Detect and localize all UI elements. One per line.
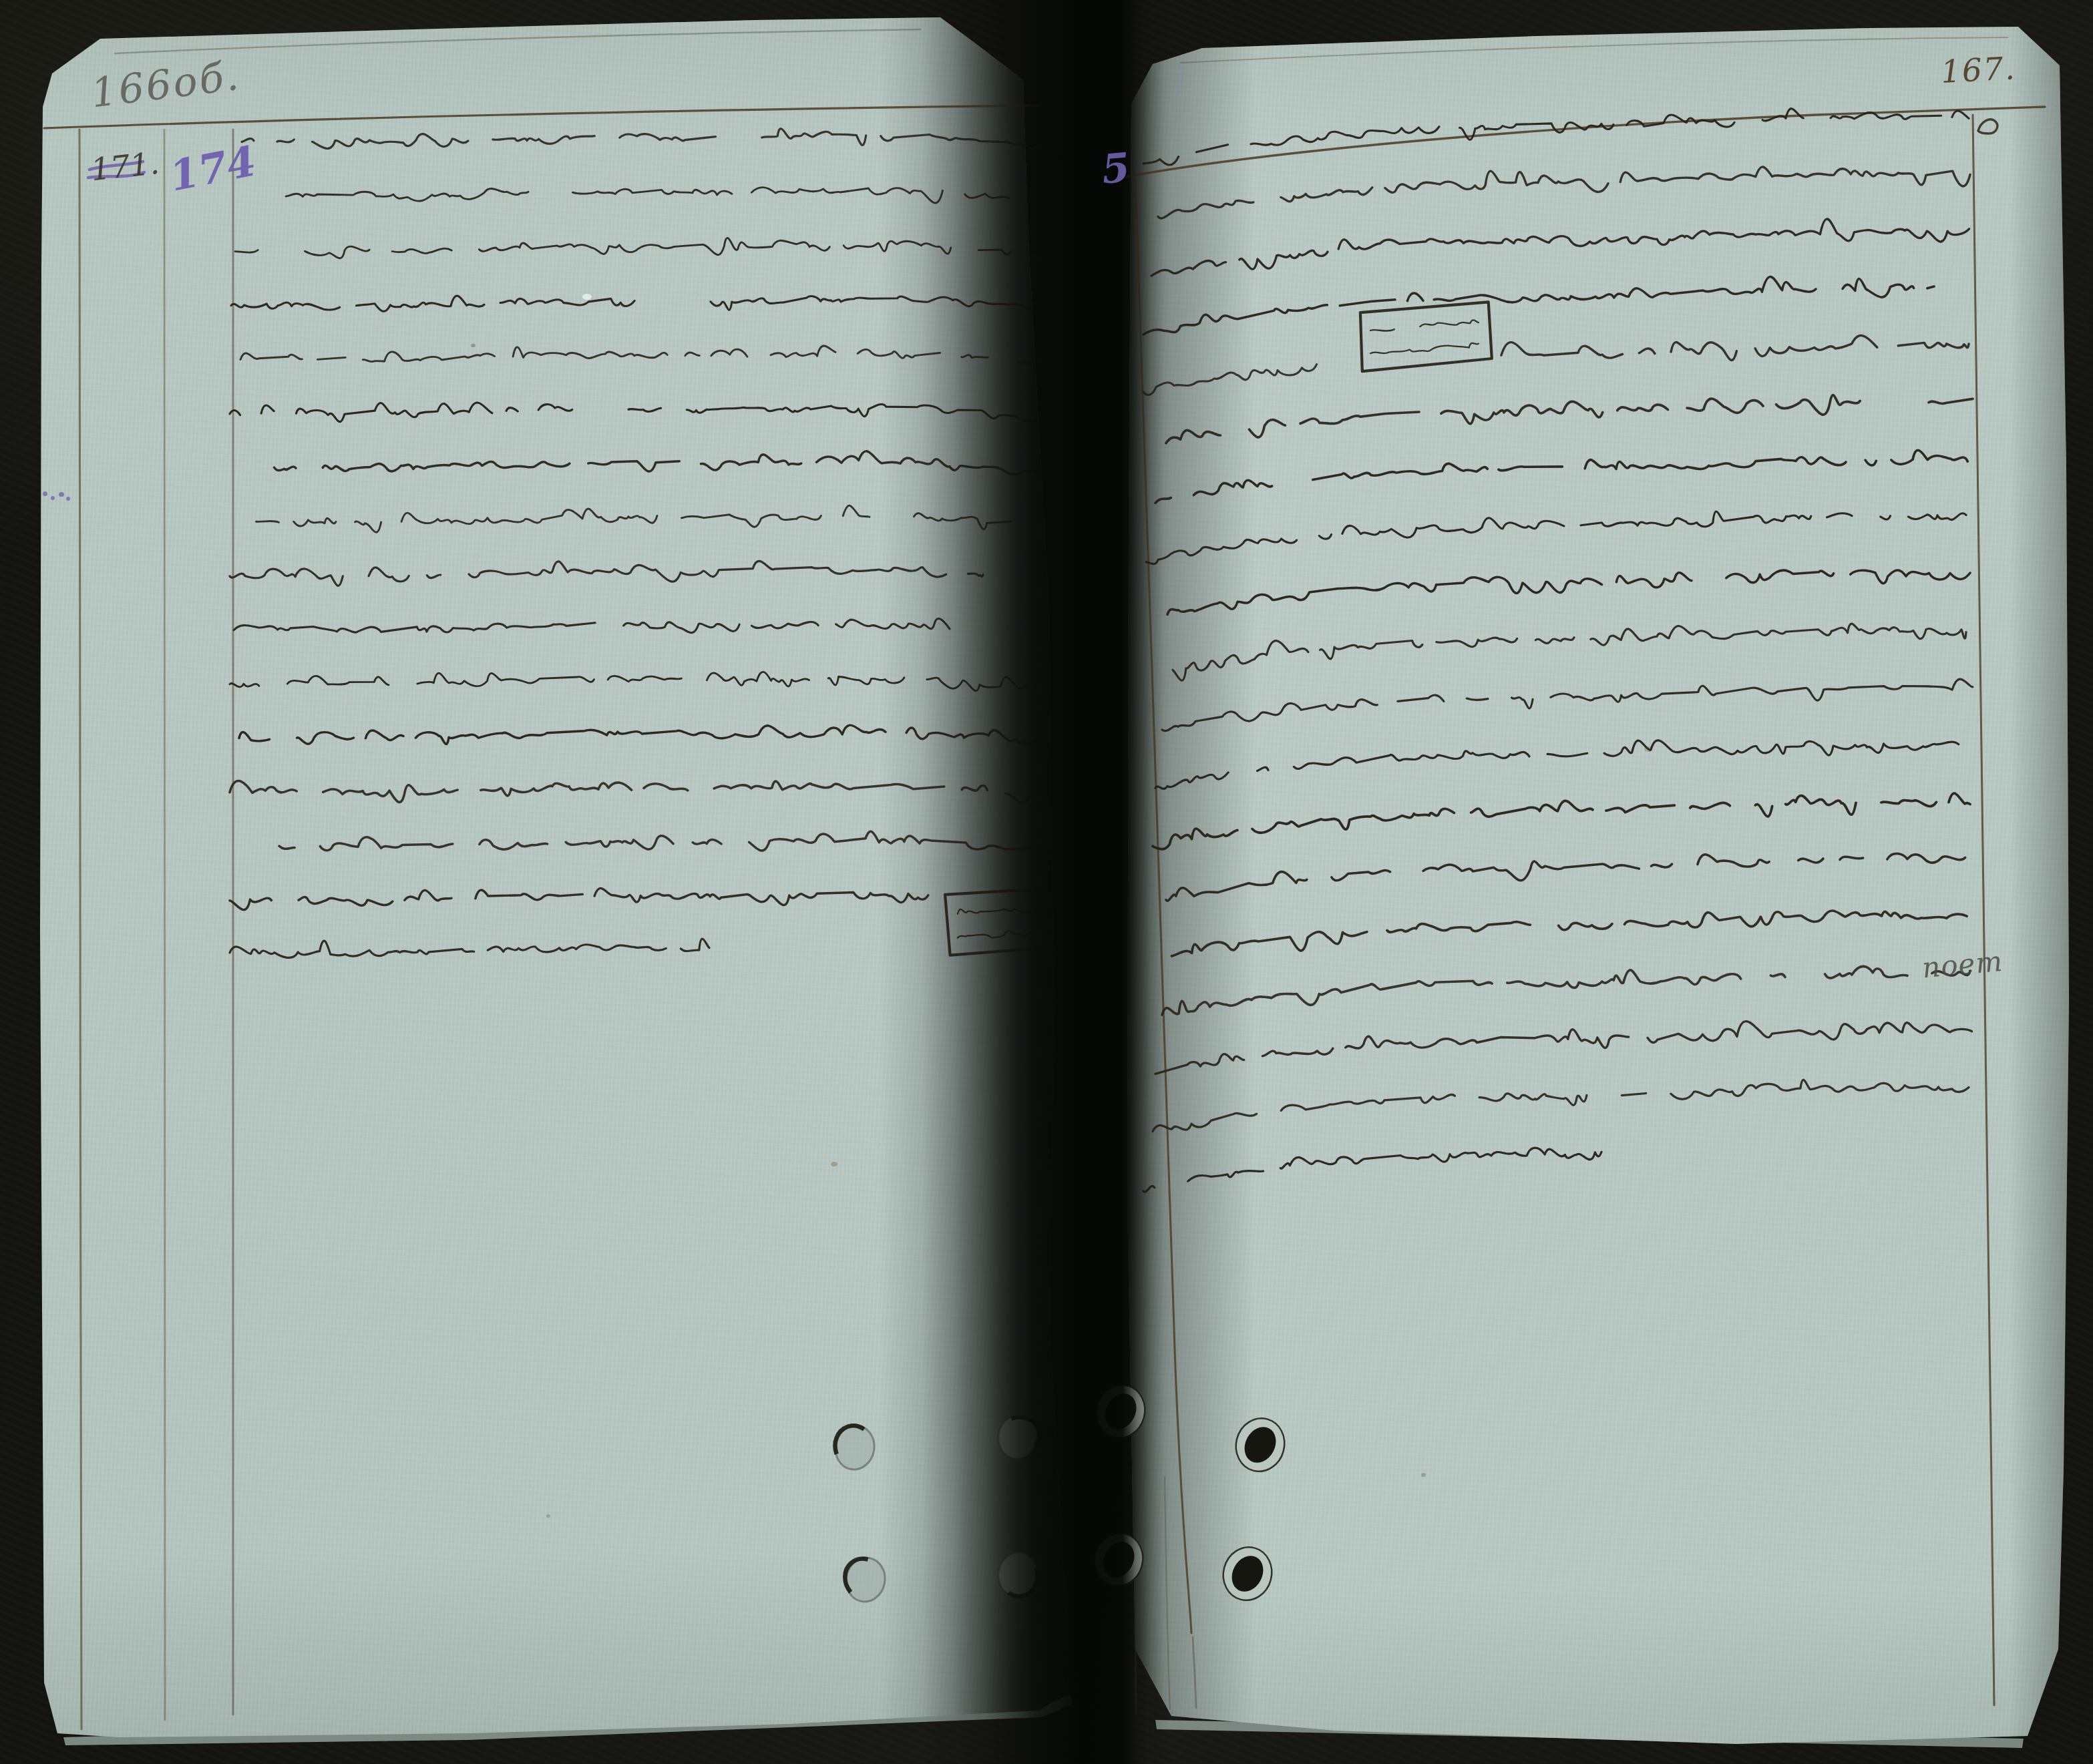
paper-stain bbox=[546, 1514, 550, 1518]
paper-stain bbox=[1644, 746, 1652, 752]
paper-stain bbox=[471, 344, 475, 347]
paper-stain bbox=[831, 1162, 837, 1166]
book-scan: 175 166об. 171. 174 5 167. noem bbox=[0, 0, 2093, 1764]
entry-number-struck: 171. bbox=[89, 145, 161, 188]
paper-fleck bbox=[582, 294, 592, 300]
gutter-entry-number-violet: 5 bbox=[1100, 144, 1132, 193]
folio-number-ink: 167. bbox=[1940, 50, 2017, 91]
pencil-note: noem bbox=[1921, 945, 2004, 984]
gutter-entry-number-ink: 175 bbox=[1030, 142, 1106, 194]
paper-stain bbox=[1421, 1473, 1426, 1477]
